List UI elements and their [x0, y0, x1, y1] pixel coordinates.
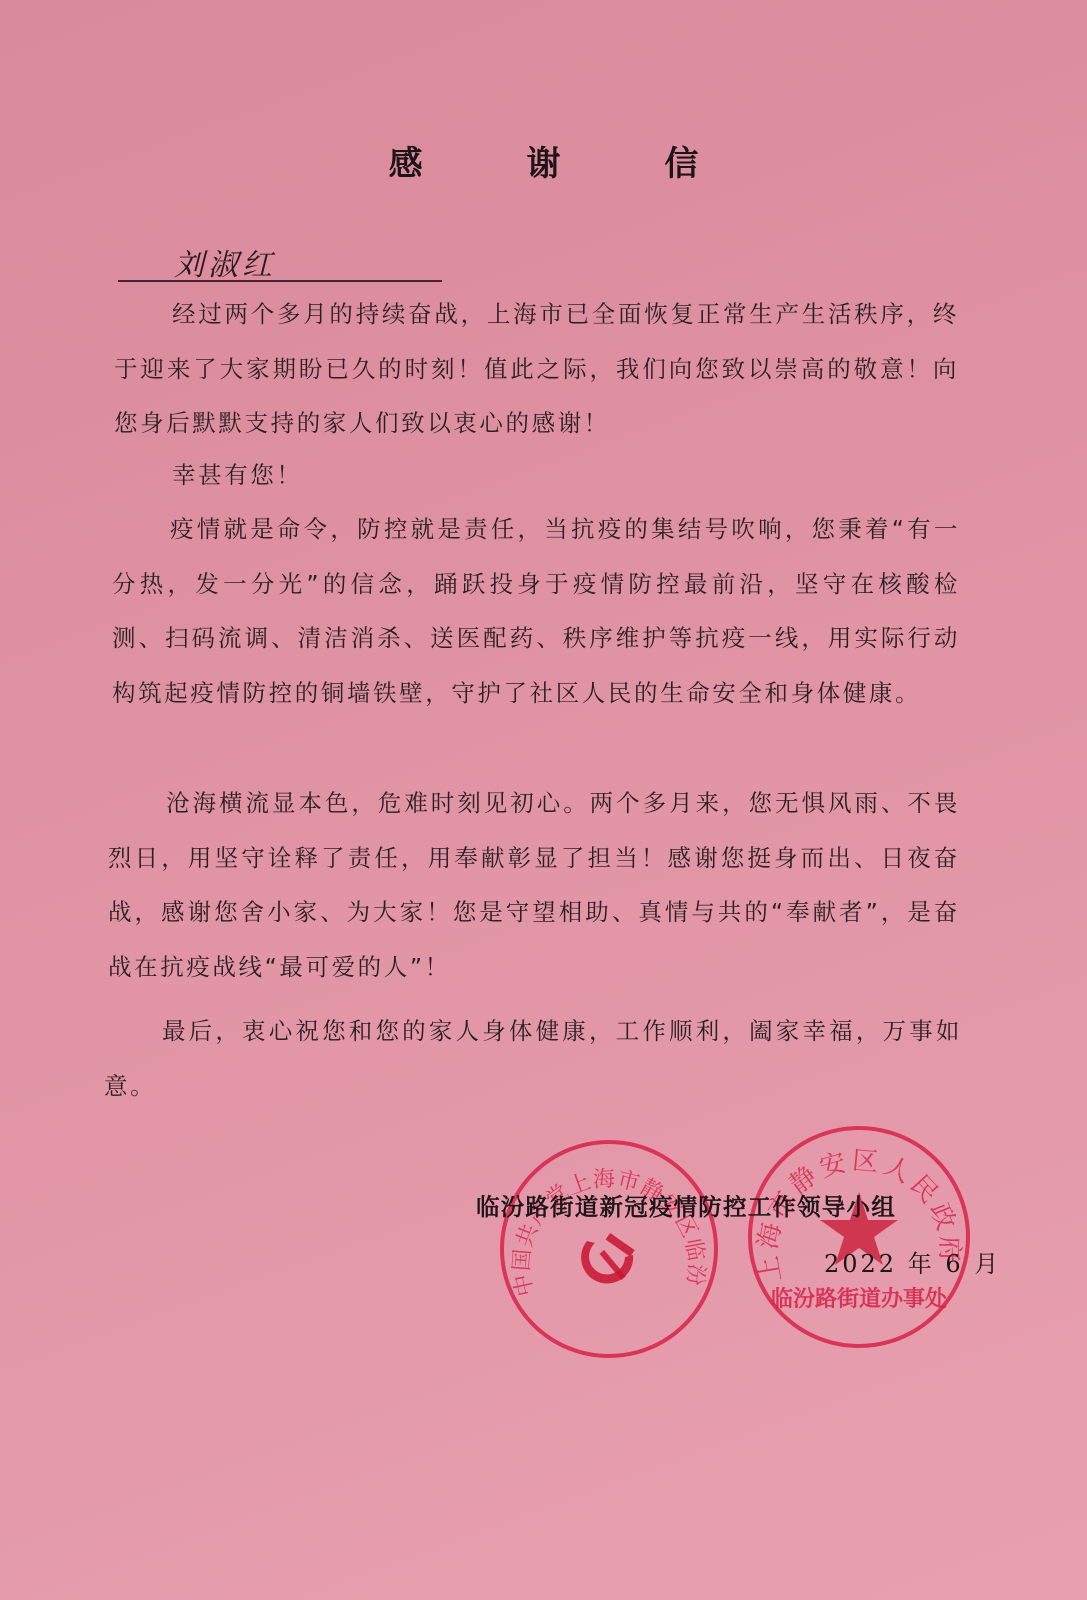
- paragraph-4: 沧海横流显本色，危难时刻见初心。两个多月来，您无惧风雨、不畏烈日，用坚守诠释了责…: [108, 776, 960, 994]
- signing-organization: 临汾路街道新冠疫情防控工作领导小组: [476, 1188, 896, 1222]
- paragraph-2: 幸甚有您！: [114, 448, 959, 503]
- party-committee-seal: 中国共产党上海市静安区临汾路街道工作委员会: [500, 1140, 718, 1358]
- letter-title: 感 谢 信: [0, 136, 1087, 185]
- recipient-line: 刘淑红: [118, 240, 442, 282]
- paragraph-1: 经过两个多月的持续奋战，上海市已全面恢复正常生产生活秩序，终于迎来了大家期盼已久…: [114, 287, 959, 451]
- paragraph-3: 疫情就是命令，防控就是责任，当抗疫的集结号吹响，您秉着“有一分热，发一分光”的信…: [112, 502, 960, 720]
- government-office-seal: 上海市静安区人民政府 临汾路街道办事处: [748, 1126, 970, 1348]
- recipient-name: 刘淑红: [174, 240, 276, 284]
- letter-date: 2022 年 6 月: [824, 1244, 1001, 1279]
- letter-paper: 感 谢 信 刘淑红 经过两个多月的持续奋战，上海市已全面恢复正常生产生活秩序，终…: [0, 0, 1087, 1600]
- paragraph-5: 最后，衷心祝您和您的家人身体健康，工作顺利，阖家幸福，万事如意。: [104, 1004, 962, 1113]
- hammer-sickle-icon: [581, 1233, 635, 1284]
- government-seal-graphic: 上海市静安区人民政府 临汾路街道办事处: [752, 1130, 966, 1344]
- government-seal-text-bottom: 临汾路街道办事处: [771, 1286, 947, 1312]
- party-seal-graphic: 中国共产党上海市静安区临汾路街道工作委员会: [504, 1144, 714, 1354]
